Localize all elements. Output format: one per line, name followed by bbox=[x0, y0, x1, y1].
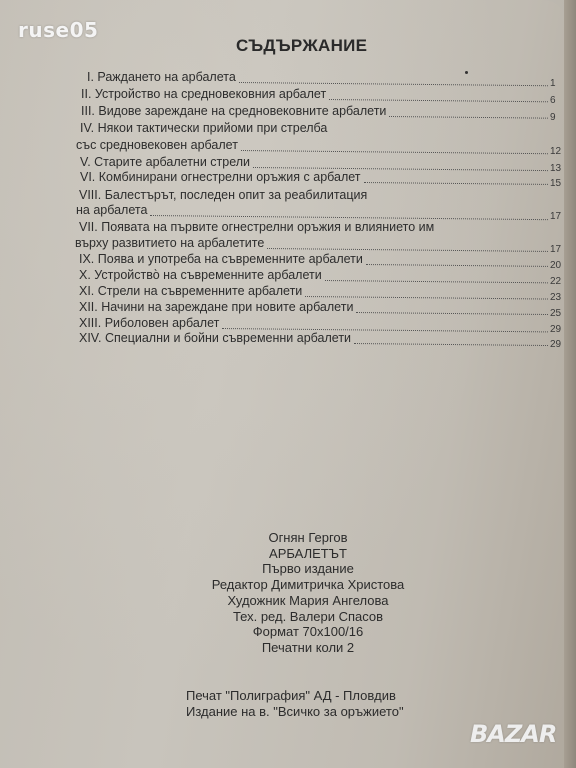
toc-entry: XI. Стрели на съвременните арбалети bbox=[79, 284, 302, 298]
table-of-contents: I. Раждането на арбалета1II. Устройство … bbox=[0, 0, 576, 360]
toc-entry: на арбалета bbox=[76, 203, 147, 217]
page-number: 17 bbox=[550, 244, 561, 255]
colophon-line: Формат 70х100/16 bbox=[176, 624, 440, 640]
toc-entry: XII. Начини на зареждане при новите арба… bbox=[79, 300, 353, 314]
toc-entry: XIII. Риболовен арбалет bbox=[79, 316, 219, 330]
page-number: 29 bbox=[550, 339, 561, 350]
toc-entry: VI. Комбинирани огнестрелни оръжия с арб… bbox=[80, 170, 361, 184]
page-number: 17 bbox=[550, 211, 561, 222]
colophon-line: Първо издание bbox=[176, 561, 440, 577]
dot-leader bbox=[325, 279, 548, 283]
toc-entry: VII. Появата на първите огнестрелни оръж… bbox=[79, 220, 434, 234]
printer-line: Издание на в. "Всичко за оръжието" bbox=[186, 704, 404, 720]
colophon: Огнян ГерговАРБАЛЕТЪТПърво изданиеРедакт… bbox=[176, 530, 440, 656]
toc-entry: X. Устройство̀ на съвременните арбалети bbox=[79, 268, 322, 282]
colophon-line: Огнян Гергов bbox=[176, 530, 440, 546]
dot-leader bbox=[241, 149, 548, 154]
dot-leader bbox=[354, 342, 548, 346]
toc-entry: VIII. Балестърът, последен опит за реаби… bbox=[79, 188, 367, 202]
page-number: 25 bbox=[550, 308, 561, 319]
toc-entry: XIV. Специални и бойни съвременни арбале… bbox=[79, 331, 351, 345]
toc-entry: IV. Някои тактически прийоми при стрелба bbox=[80, 121, 327, 135]
toc-entry: върху развитието на арбалетите bbox=[75, 236, 264, 250]
page-number: 29 bbox=[550, 324, 561, 335]
page-number: 20 bbox=[550, 260, 561, 271]
colophon-line: Тех. ред. Валери Спасов bbox=[176, 609, 440, 625]
toc-entry: V. Старите арбалетни стрели bbox=[80, 155, 250, 169]
page-number: 15 bbox=[550, 178, 561, 189]
dot-leader bbox=[364, 181, 548, 185]
page-number: 13 bbox=[550, 163, 561, 174]
dot-leader bbox=[366, 263, 548, 267]
page-number: 6 bbox=[550, 95, 556, 106]
page-number: 23 bbox=[550, 292, 561, 303]
toc-entry: I. Раждането на арбалета bbox=[87, 70, 236, 84]
toc-entry: III. Видове зареждане на средновековните… bbox=[81, 104, 386, 118]
page-number: 22 bbox=[550, 276, 561, 287]
dot-leader bbox=[356, 311, 548, 315]
dot-leader bbox=[389, 115, 548, 119]
dot-leader bbox=[329, 98, 548, 102]
colophon-line: Художник Мария Ангелова bbox=[176, 593, 440, 609]
toc-entry: със средновековен арбалет bbox=[76, 138, 238, 152]
page-number: 9 bbox=[550, 112, 556, 123]
bazar-watermark: BAZAR bbox=[470, 720, 556, 748]
dot-leader bbox=[239, 81, 548, 86]
page-number: 12 bbox=[550, 146, 561, 157]
printer-info: Печат "Полиграфия" АД - ПловдивИздание н… bbox=[186, 688, 404, 720]
page-number: 1 bbox=[550, 78, 556, 89]
colophon-line: АРБАЛЕТЪТ bbox=[176, 546, 440, 562]
colophon-line: Редактор Димитричка Христова bbox=[176, 577, 440, 593]
dot-leader bbox=[305, 295, 548, 300]
toc-entry: IX. Поява и употреба на съвременните арб… bbox=[79, 252, 363, 266]
toc-entry: II. Устройство на средновековния арбалет bbox=[81, 87, 326, 101]
printer-line: Печат "Полиграфия" АД - Пловдив bbox=[186, 688, 404, 704]
colophon-line: Печатни коли 2 bbox=[176, 640, 440, 656]
